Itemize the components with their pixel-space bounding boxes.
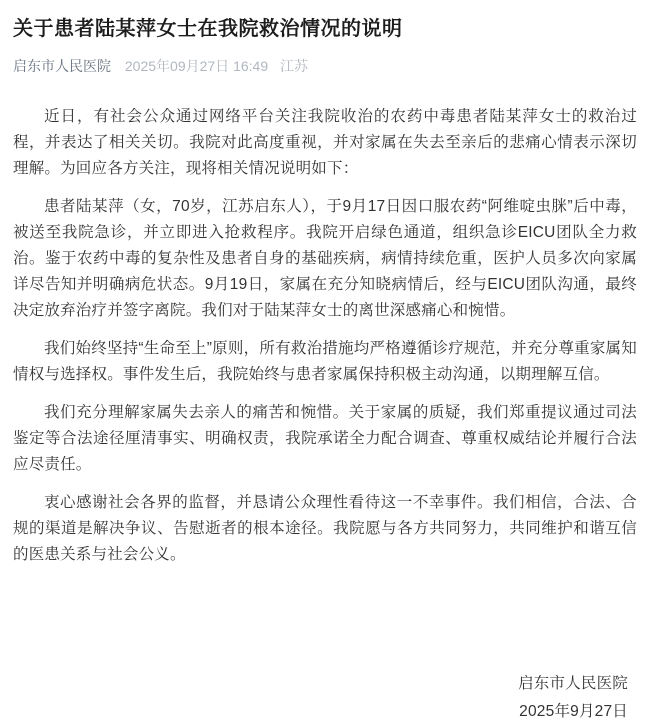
paragraph-2: 患者陆某萍（女，70岁，江苏启东人），于9月17日因口服农药“阿维啶虫脒”后中毒… — [13, 194, 637, 324]
page-title: 关于患者陆某萍女士在我院救治情况的说明 — [13, 14, 637, 44]
paragraph-3: 我们始终坚持“生命至上”原则，所有救治措施均严格遵循诊疗规范，并充分尊重家属知情… — [13, 336, 637, 388]
article-page: 关于患者陆某萍女士在我院救治情况的说明 启东市人民医院 2025年09月27日 … — [0, 0, 650, 724]
author-link[interactable]: 启东市人民医院 — [13, 58, 111, 74]
post-location: 江苏 — [280, 58, 308, 74]
paragraph-1: 近日，有社会公众通过网络平台关注我院收治的农药中毒患者陆某萍女士的救治过程，并表… — [13, 104, 637, 182]
post-date: 2025年09月27日 16:49 — [125, 58, 268, 74]
article-body: 近日，有社会公众通过网络平台关注我院收治的农药中毒患者陆某萍女士的救治过程，并表… — [13, 104, 637, 568]
signature-date: 2025年9月27日 — [13, 698, 628, 724]
byline: 启东市人民医院 2025年09月27日 16:49 江苏 — [13, 56, 637, 76]
paragraph-4: 我们充分理解家属失去亲人的痛苦和惋惜。关于家属的质疑，我们郑重提议通过司法鉴定等… — [13, 400, 637, 478]
signature-name: 启东市人民医院 — [13, 670, 628, 698]
signature-block: 启东市人民医院 2025年9月27日 — [13, 670, 637, 724]
paragraph-5: 衷心感谢社会各界的监督，并恳请公众理性看待这一不幸事件。我们相信，合法、合规的渠… — [13, 490, 637, 568]
